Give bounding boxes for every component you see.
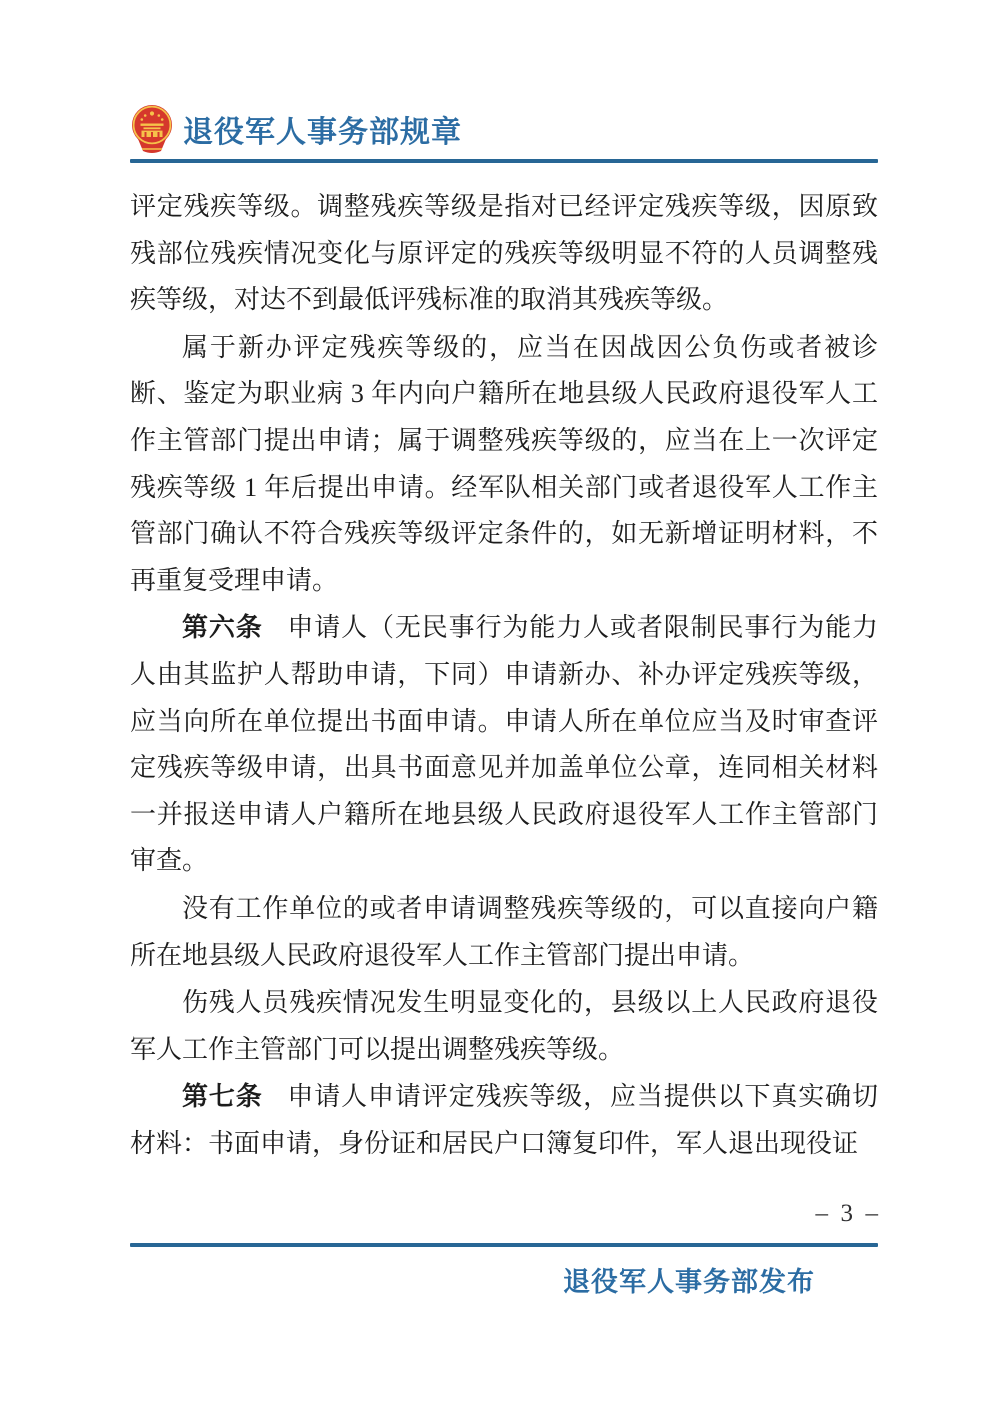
- paragraph: 属于新办评定残疾等级的，应当在因战因公负伤或者被诊断、鉴定为职业病 3 年内向户…: [130, 324, 878, 605]
- paragraph: 第七条申请人申请评定残疾等级，应当提供以下真实确切材料：书面申请，身份证和居民户…: [130, 1073, 878, 1167]
- paragraph-text: 伤残人员残疾情况发生明显变化的，县级以上人民政府退役军人工作主管部门可以提出调整…: [130, 988, 878, 1064]
- paragraph: 伤残人员残疾情况发生明显变化的，县级以上人民政府退役军人工作主管部门可以提出调整…: [130, 979, 878, 1073]
- paragraph-lead: 第六条: [182, 612, 263, 642]
- document-page: 退役军人事务部规章 评定残疾等级。调整残疾等级是指对已经评定残疾等级，因原致残部…: [0, 0, 1000, 1413]
- page-title: 退役军人事务部规章: [183, 107, 462, 151]
- document-body: 评定残疾等级。调整残疾等级是指对已经评定残疾等级，因原致残部位残疾情况变化与原评…: [130, 183, 878, 1167]
- paragraph-lead: 第七条: [182, 1081, 263, 1111]
- paragraph-text: 属于新办评定残疾等级的，应当在因战因公负伤或者被诊断、鉴定为职业病 3 年内向户…: [130, 333, 878, 595]
- paragraph-text: 申请人（无民事行为能力人或者限制民事行为能力人由其监护人帮助申请，下同）申请新办…: [130, 613, 878, 875]
- paragraph-text: 评定残疾等级。调整残疾等级是指对已经评定残疾等级，因原致残部位残疾情况变化与原评…: [130, 192, 878, 314]
- paragraph-text: 没有工作单位的或者申请调整残疾等级的，可以直接向户籍所在地县级人民政府退役军人工…: [130, 894, 878, 970]
- publisher-label: 退役军人事务部发布: [563, 1260, 815, 1299]
- document-header: 退役军人事务部规章: [130, 103, 878, 155]
- china-national-emblem-icon: [130, 104, 174, 154]
- page-number: – 3 –: [816, 1200, 879, 1228]
- header-divider: [130, 159, 878, 163]
- paragraph: 没有工作单位的或者申请调整残疾等级的，可以直接向户籍所在地县级人民政府退役军人工…: [130, 885, 878, 979]
- paragraph: 第六条申请人（无民事行为能力人或者限制民事行为能力人由其监护人帮助申请，下同）申…: [130, 604, 878, 885]
- footer-divider: [130, 1243, 878, 1247]
- paragraph: 评定残疾等级。调整残疾等级是指对已经评定残疾等级，因原致残部位残疾情况变化与原评…: [130, 183, 878, 324]
